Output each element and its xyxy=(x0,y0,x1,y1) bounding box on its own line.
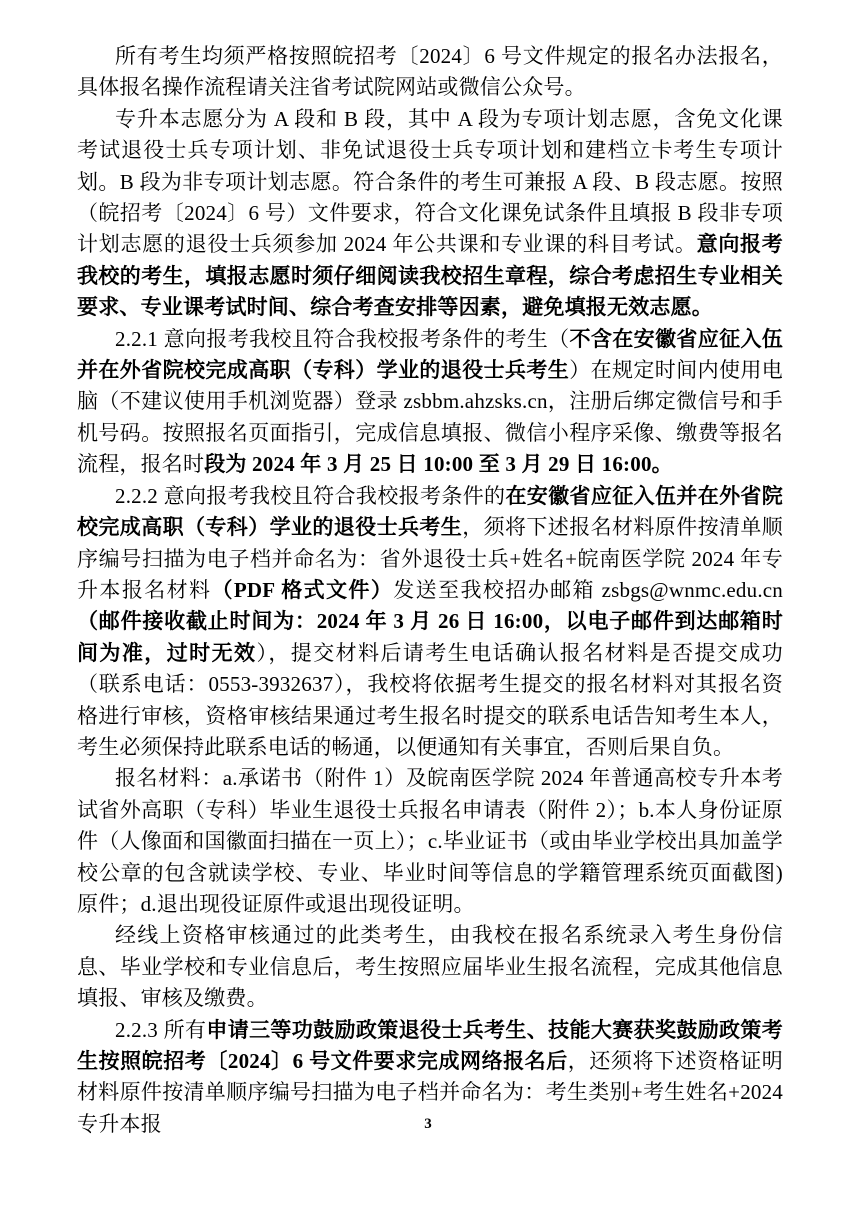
para-online-review-result: 经线上资格审核通过的此类考生，由我校在报名系统录入考生身份信息、毕业学校和专业信… xyxy=(77,920,783,1014)
para-2-2-2-veteran-materials: 2.2.2 意向报考我校且符合我校报考条件的在安徽省应征入伍并在外省院校完成高职… xyxy=(77,481,783,764)
text-run: 2.2.1 意向报考我校且符合我校报考条件的考生（ xyxy=(115,327,570,351)
text-run: 专升本志愿分为 A 段和 B 段，其中 A 段为专项计划志愿，含免文化课考试退役… xyxy=(77,107,783,257)
document-page: 所有考生均须严格按照皖招考〔2024〕6 号文件规定的报名办法报名，具体报名操作… xyxy=(0,0,856,1218)
text-run-bold: （PDF 格式文件） xyxy=(211,578,393,602)
text-run: 2.2.3 所有 xyxy=(115,1018,206,1042)
para-volunteer-ab-sections: 专升本志愿分为 A 段和 B 段，其中 A 段为专项计划志愿，含免文化课考试退役… xyxy=(77,104,783,324)
para-2-2-1-online-registration: 2.2.1 意向报考我校且符合我校报考条件的考生（不含在安徽省应征入伍并在外省院… xyxy=(77,324,783,481)
text-run: 2.2.2 意向报考我校且符合我校报考条件的 xyxy=(115,484,505,508)
text-run: 发送至我校招办邮箱 zsbgs@wnmc.edu.cn xyxy=(393,578,783,602)
text-run: 所有考生均须严格按照皖招考〔2024〕6 号文件规定的报名办法报名，具体报名操作… xyxy=(77,44,783,99)
page-number: 3 xyxy=(0,1114,856,1134)
document-body: 所有考生均须严格按照皖招考〔2024〕6 号文件规定的报名办法报名，具体报名操作… xyxy=(77,41,783,1140)
para-registration-method: 所有考生均须严格按照皖招考〔2024〕6 号文件规定的报名办法报名，具体报名操作… xyxy=(77,41,783,104)
text-run-bold: 段为 2024 年 3 月 25 日 10:00 至 3 月 29 日 16:0… xyxy=(204,452,673,476)
text-run: 经线上资格审核通过的此类考生，由我校在报名系统录入考生身份信息、毕业学校和专业信… xyxy=(77,923,783,1010)
text-run: 报名材料：a.承诺书（附件 1）及皖南医学院 2024 年普通高校专升本考试省外… xyxy=(77,766,783,916)
para-materials-list: 报名材料：a.承诺书（附件 1）及皖南医学院 2024 年普通高校专升本考试省外… xyxy=(77,763,783,920)
